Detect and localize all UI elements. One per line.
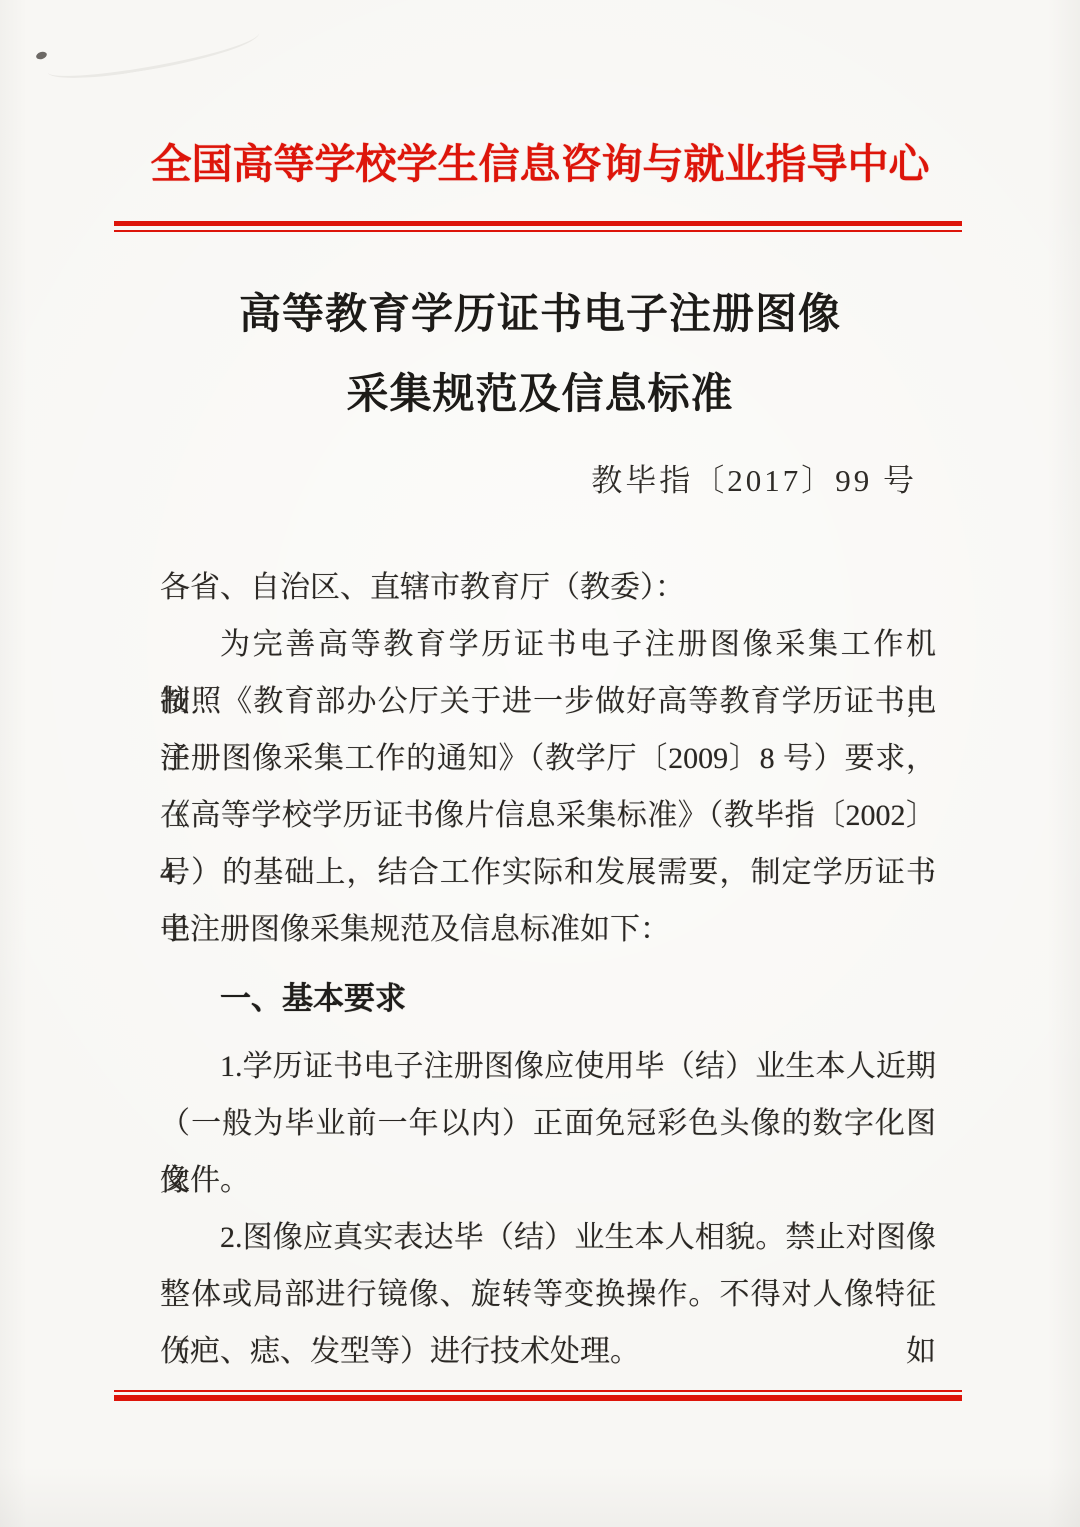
body-text: 各省、自治区、直辖市教育厅（教委）：为完善高等教育学历证书电子注册图像采集工作机… (160, 559, 936, 1380)
body-line: 1.学历证书电子注册图像应使用毕（结）业生本人近期 (160, 1038, 936, 1095)
red-rule-thin-line (114, 230, 962, 232)
body-line: 《高等学校学历证书像片信息采集标准》（教毕指〔2002〕4 (160, 787, 936, 844)
document-title-line1: 高等教育学历证书电子注册图像 (0, 281, 1080, 341)
body-line: 为完善高等教育学历证书电子注册图像采集工作机制， (160, 616, 936, 673)
body-line: 号）的基础上，结合工作实际和发展需要，制定学历证书电 (160, 844, 936, 901)
organization-title: 全国高等学校学生信息咨询与就业指导中心 (0, 131, 1080, 190)
red-rule-thin-line (114, 1390, 962, 1392)
scanned-document-page: 全国高等学校学生信息咨询与就业指导中心 高等教育学历证书电子注册图像 采集规范及… (0, 0, 1080, 1527)
body-line: 各省、自治区、直辖市教育厅（教委）： (160, 559, 936, 616)
body-line: 按照《教育部办公厅关于进一步做好高等教育学历证书电子 (160, 673, 936, 730)
body-line: 注册图像采集工作的通知》（教学厅〔2009〕8 号）要求，在 (160, 730, 936, 787)
body-line: 文件。 (160, 1152, 936, 1209)
footer-red-rule (114, 1390, 962, 1401)
red-rule-thick-line (114, 221, 962, 226)
header-red-rule (114, 221, 962, 232)
body-line: （一般为毕业前一年以内）正面免冠彩色头像的数字化图像 (160, 1095, 936, 1152)
red-rule-thick-line (114, 1395, 962, 1401)
document-title-line2: 采集规范及信息标准 (0, 361, 1080, 421)
paper-crease-artifact (45, 19, 263, 85)
body-line: 整体或局部进行镜像、旋转等变换操作。不得对人像特征（如 (160, 1266, 936, 1323)
document-number: 教毕指〔2017〕99 号 (591, 455, 917, 500)
section-heading: 一、基本要求 (160, 970, 936, 1027)
body-line: 子注册图像采集规范及信息标准如下： (160, 901, 936, 958)
body-line: 2.图像应真实表达毕（结）业生本人相貌。禁止对图像 (160, 1209, 936, 1266)
